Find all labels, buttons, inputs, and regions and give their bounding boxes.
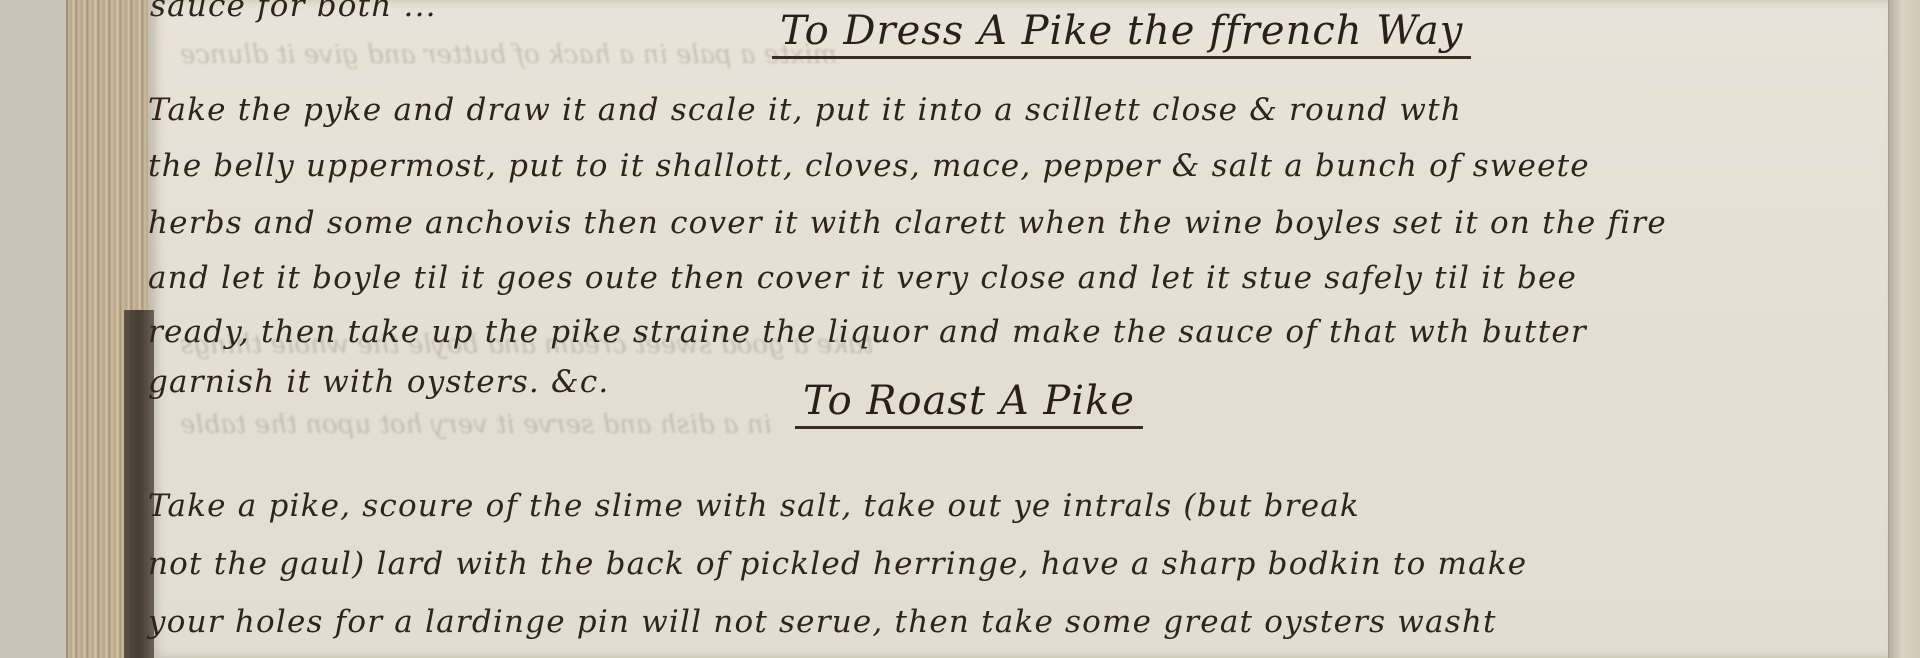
recipe-line: herbs and some anchovis then cover it wi… bbox=[148, 205, 1667, 241]
recipe-title-dress-pike: To Dress A Pike the ffrench Way bbox=[772, 8, 1471, 59]
background bbox=[0, 0, 66, 658]
top-fragment: sauce for both ... bbox=[150, 0, 437, 24]
bleed-through-text: mixte a pale in a hack of butter and giv… bbox=[180, 40, 837, 70]
recipe-title-roast-pike: To Roast A Pike bbox=[795, 378, 1143, 429]
bleed-through-text: in a dish and serve it very hot upon the… bbox=[180, 410, 772, 440]
recipe-line: Take a pike, scoure of the slime with sa… bbox=[148, 488, 1360, 524]
page-gutter bbox=[1888, 0, 1920, 658]
recipe-line: your holes for a lardinge pin will not s… bbox=[148, 604, 1497, 640]
recipe-line: not the gaul) lard with the back of pick… bbox=[148, 546, 1527, 582]
recipe-line: the belly uppermost, put to it shallott,… bbox=[148, 148, 1590, 184]
recipe-line: and let it boyle til it goes oute then c… bbox=[148, 260, 1577, 296]
recipe-line: garnish it with oysters. &c. bbox=[148, 364, 609, 400]
recipe-line: ready, then take up the pike straine the… bbox=[148, 314, 1587, 350]
recipe-line: Take the pyke and draw it and scale it, … bbox=[148, 92, 1462, 128]
